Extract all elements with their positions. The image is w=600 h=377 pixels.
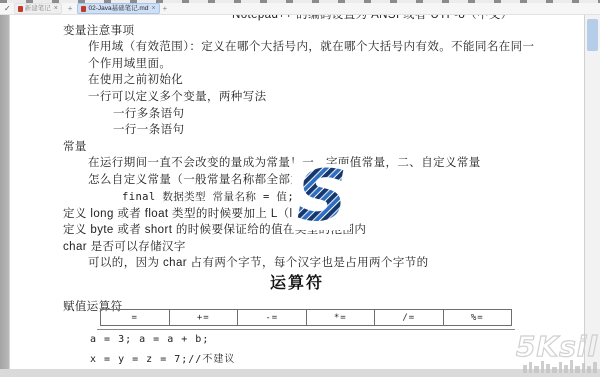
check-icon[interactable]: ✓ [4, 4, 11, 14]
doc-line: 常量 [63, 140, 87, 154]
doc-line: 可以的，因为 char 占有两个字节，每个汉字也是占用两个字节的 [88, 256, 429, 270]
table-cell: = [101, 310, 170, 325]
left-edge-panel [0, 15, 10, 377]
doc-line: 作用域（有效范围）：定义在哪个大括号内，就在哪个大括号内有效。不能同名在同一 [88, 40, 534, 54]
site-watermark-text: 5Ksil [516, 330, 598, 363]
doc-line: final 数据类型 常量名称 = 值; [122, 190, 294, 204]
new-tab-button[interactable]: + [68, 4, 73, 14]
tab-bar: ✓ 新建笔记 × + 02-Java基础笔记.md × + [0, 3, 600, 15]
doc-line: 变量注意事项 [63, 24, 134, 38]
tab-label: 新建笔记 [25, 4, 51, 14]
vertical-scrollbar[interactable] [584, 15, 600, 377]
operators-table: = += -= *= /= %= [100, 309, 512, 326]
app-window: ✓ 新建笔记 × + 02-Java基础笔记.md × + Notepad++ … [0, 0, 600, 377]
doc-line: 一行一条语句 [113, 123, 184, 137]
doc-line: 个作用域里面。 [88, 57, 171, 71]
doc-line: 在使用之前初始化 [88, 73, 183, 87]
doc-line: 一行多条语句 [113, 107, 184, 121]
table-cell: %= [444, 310, 512, 325]
operators-heading: 运算符 [10, 270, 584, 293]
close-icon[interactable]: × [151, 4, 155, 14]
table-cell: *= [307, 310, 376, 325]
scrollbar-thumb[interactable] [587, 19, 598, 51]
doc-line: 怎么自定义常量（一般常量名称都全部大写） [88, 173, 326, 187]
code-line: x = y = z = 7;//不建议 [90, 350, 235, 365]
table-underline [97, 329, 515, 330]
table-cell: += [170, 310, 239, 325]
bottom-band [0, 369, 600, 377]
active-tab[interactable]: 02-Java基础笔记.md × [77, 3, 159, 14]
table-cell: -= [238, 310, 307, 325]
close-icon[interactable]: × [54, 4, 58, 14]
new-tab-button[interactable]: + [163, 4, 168, 14]
document-icon [81, 6, 86, 12]
code-line: a = 3; a = a + b; [90, 334, 209, 345]
document-icon [18, 6, 23, 12]
background-tab[interactable]: 新建笔记 × [14, 3, 62, 14]
svg-text:S: S [297, 164, 347, 230]
active-tab-label: 02-Java基础笔记.md [88, 4, 148, 14]
doc-line: 在运行期间一直不会改变的量成为常量！一、字面值常量，二、自定义常量 [88, 156, 481, 170]
doc-line: 一行可以定义多个变量，两种写法 [88, 90, 267, 104]
striped-s-logo-watermark: S [292, 164, 350, 230]
table-cell: /= [375, 310, 444, 325]
doc-line: char 是否可以存储汉字 [63, 240, 186, 254]
